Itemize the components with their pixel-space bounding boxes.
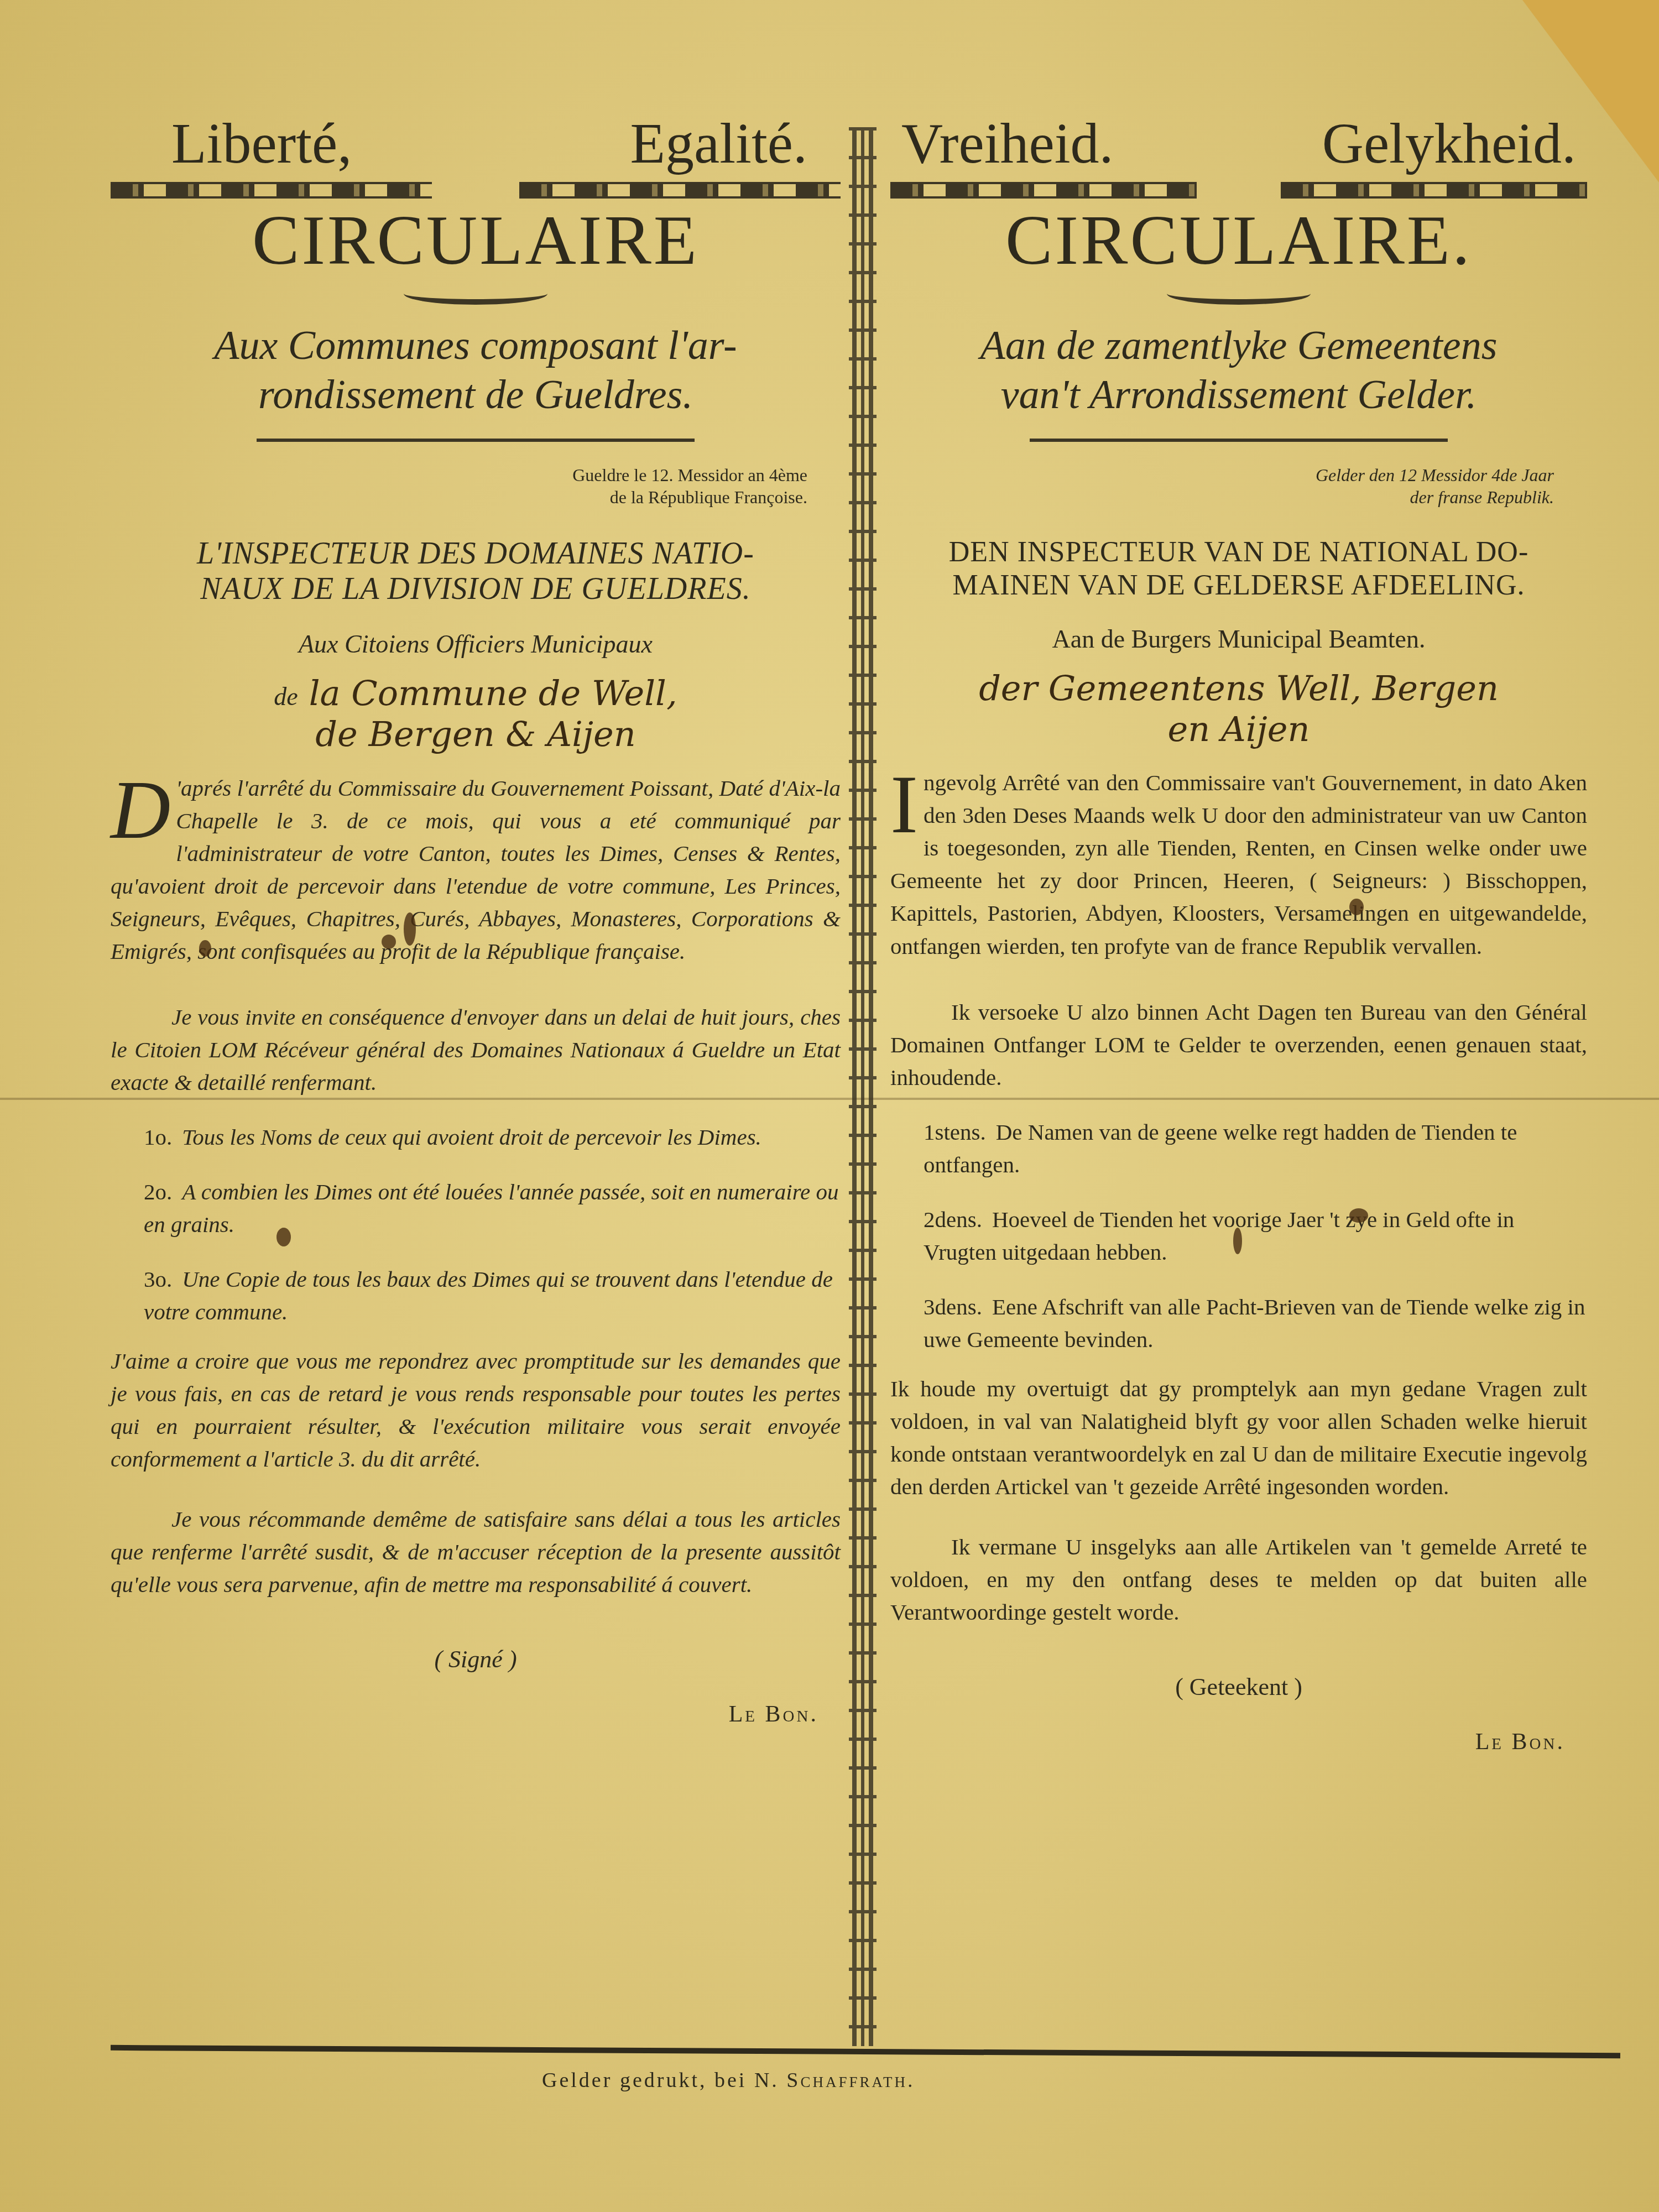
ink-spot [1233,1228,1242,1254]
swash-ornament [404,283,547,305]
circular-title: CIRCULAIRE [111,203,841,277]
list-item: 3o.Une Copie de tous les baux des Dimes … [111,1263,841,1328]
motto-egalite: Egalité. [630,111,807,176]
drop-cap: I [890,770,918,841]
handwritten-line: la Commune de Well, [309,673,677,713]
dateline-line: der franse Republik. [890,486,1554,508]
motto-gelykheid: Gelykheid. [1322,111,1576,176]
paragraph-recommendation: Je vous récommande demême de satisfaire … [111,1503,841,1601]
salutation: Aan de Burgers Municipal Beamten. [890,624,1587,654]
ornament-rule [890,182,1197,199]
ornament-rules [111,176,841,199]
list-item: 1o.Tous les Noms de ceux qui avoient dro… [111,1121,841,1154]
dateline-line: Gelder den 12 Messidor 4de Jaar [890,464,1554,486]
item-number: 2o. [144,1179,172,1204]
item-number: 1o. [144,1124,172,1150]
addressee-line: Aux Communes composant l'ar- [111,321,841,371]
ink-spot [199,940,211,957]
dateline: Gueldre le 12. Messidor an 4ème de la Ré… [111,464,841,508]
ink-spot [276,1228,291,1246]
motto: Vreiheid. Gelykheid. [890,111,1587,176]
signer-name: Le Bon. [111,1701,841,1728]
motto-liberte: Liberté, [171,111,352,176]
ornament-rule [1281,182,1587,199]
addressee: Aan de zamentlyke Gemeentens van't Arron… [890,321,1587,420]
handwritten-commune: der Gemeentens Well, Bergen en Aijen [890,668,1587,750]
list-item: 1stens.De Namen van de geene welke regt … [890,1116,1587,1181]
item-number: 3o. [144,1266,172,1292]
salutation: Aux Citoiens Officiers Municipaux [111,629,841,659]
ornament-rule [111,182,432,199]
item-text: Eene Afschrift van alle Pacht-Brieven va… [924,1294,1585,1352]
paragraph-recommendation: Ik vermane U insgelyks aan alle Artikele… [890,1531,1587,1629]
signed-label: ( Signé ) [111,1645,841,1673]
motto: Liberté, Egalité. [111,111,841,176]
dutch-column: Vreiheid. Gelykheid. CIRCULAIRE. Aan de … [890,111,1587,1755]
dateline: Gelder den 12 Messidor 4de Jaar der fran… [890,464,1587,508]
printer-name: Schaffrath. [786,2069,915,2092]
rule [257,439,695,442]
item-text: A combien les Dimes ont été louées l'ann… [144,1179,839,1237]
addressee-line: van't Arrondissement Gelder. [890,371,1587,420]
paragraph-request: Ik versoeke U alzo binnen Acht Dagen ten… [890,996,1587,1094]
paragraph-responsibility: Ik houde my overtuigt dat gy promptelyk … [890,1373,1587,1503]
dateline-line: Gueldre le 12. Messidor an 4ème [111,464,807,486]
circular-title: CIRCULAIRE. [890,203,1587,277]
addressee: Aux Communes composant l'ar- rondissemen… [111,321,841,420]
paragraph-responsibility: J'aime a croire que vous me repondrez av… [111,1345,841,1475]
ornament-rule [519,182,841,199]
paragraph-confiscation: D'aprés l'arrêté du Commissaire du Gouve… [111,772,841,968]
swash-ornament [1167,283,1311,305]
ornamental-column-divider [849,127,877,2046]
item-number: 3dens. [924,1294,982,1319]
french-column: Liberté, Egalité. CIRCULAIRE Aux Commune… [111,111,841,1728]
handwritten-line: en Aijen [890,709,1587,750]
signed-label: ( Geteekent ) [890,1673,1587,1701]
ink-spot [382,935,396,949]
rule [1030,439,1448,442]
heading-line: MAINEN VAN DE GELDERSE AFDEELING. [890,569,1587,602]
item-text: Hoeveel de Tienden het voorige Jaer 't z… [924,1207,1514,1265]
list-item: 2o.A combien les Dimes ont été louées l'… [111,1176,841,1241]
addressee-line: Aan de zamentlyke Gemeentens [890,321,1587,371]
motto-vreiheid: Vreiheid. [901,111,1114,176]
ink-spot [404,912,416,946]
item-text: Une Copie de tous les baux des Dimes qui… [144,1266,833,1324]
paragraph-text: 'aprés l'arrêté du Commissaire du Gouver… [111,775,841,964]
imprint-text: Gelder gedrukt, bei N. [542,2069,779,2092]
printer-imprint: Gelder gedrukt, bei N. Schaffrath. [542,2068,915,2093]
handwritten-commune: dela Commune de Well, de Bergen & Aijen [111,673,841,755]
list-item: 3dens.Eene Afschrift van alle Pacht-Brie… [890,1291,1587,1356]
item-number: 1stens. [924,1119,986,1145]
dateline-line: de la République Françoise. [111,486,807,508]
ink-spot [1349,899,1364,915]
heading-line: L'INSPECTEUR DES DOMAINES NATIO- [111,536,841,571]
drop-cap: D [111,775,170,846]
item-number: 2dens. [924,1207,982,1232]
ornament-rules [890,176,1587,199]
paragraph-confiscation: Ingevolg Arrêté van den Commissaire van'… [890,766,1587,962]
ink-spot [1349,1208,1368,1223]
paragraph-text: ngevolg Arrêté van den Commissaire van't… [890,770,1587,958]
heading-line: NAUX DE LA DIVISION DE GUELDRES. [111,571,841,607]
addressee-line: rondissement de Gueldres. [111,371,841,420]
item-text: De Namen van de geene welke regt hadden … [924,1119,1517,1177]
inspector-heading: DEN INSPECTEUR VAN DE NATIONAL DO- MAINE… [890,536,1587,602]
handwritten-line: de Bergen & Aijen [111,714,841,755]
paragraph-request: Je vous invite en conséquence d'envoyer … [111,1001,841,1099]
handwritten-line: der Gemeentens Well, Bergen [890,668,1587,709]
handwritten-prefix: de [274,682,298,711]
signer-name: Le Bon. [890,1729,1587,1755]
heading-line: DEN INSPECTEUR VAN DE NATIONAL DO- [890,536,1587,569]
inspector-heading: L'INSPECTEUR DES DOMAINES NATIO- NAUX DE… [111,536,841,607]
item-text: Tous les Noms de ceux qui avoient droit … [182,1124,761,1150]
